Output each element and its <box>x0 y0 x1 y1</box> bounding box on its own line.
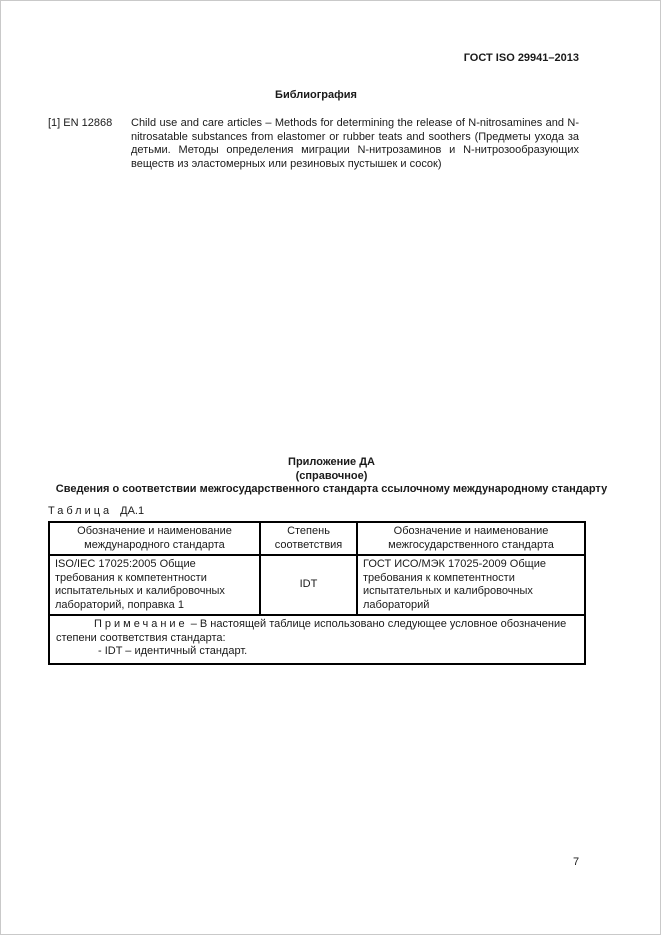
appendix-title: Приложение ДА <box>26 456 637 470</box>
table-header-interstate-standard: Обозначение и наименование межгосударств… <box>357 522 585 555</box>
table-row: ISO/IEC 17025:2005 Общие требования к ко… <box>49 555 585 615</box>
table-caption: ТаблицаДА.1 <box>48 505 144 519</box>
document-page: ГОСТ ISO 29941–2013 Библиография [1] EN … <box>0 0 661 935</box>
page-number: 7 <box>561 856 591 870</box>
table-caption-number: ДА.1 <box>120 505 144 517</box>
page-header-standard-number: ГОСТ ISO 29941–2013 <box>48 52 579 66</box>
cell-interstate-standard: ГОСТ ИСО/МЭК 17025-2009 Общие требования… <box>357 555 585 615</box>
cell-international-standard: ISO/IEC 17025:2005 Общие требования к ко… <box>49 555 260 615</box>
table-header-correspondence-degree: Степень соответствия <box>260 522 357 555</box>
cell-correspondence-degree: IDT <box>260 555 357 615</box>
reference-text: Child use and care articles – Methods fo… <box>131 117 579 171</box>
appendix-heading-block: Приложение ДА (справочное) Сведения о со… <box>26 456 637 497</box>
table-note: Примечание – В настоящей таблице использ… <box>49 615 585 664</box>
table-header-row: Обозначение и наименование международног… <box>49 522 585 555</box>
bibliography-title: Библиография <box>48 89 584 103</box>
bibliography-entry: [1] EN 12868 Child use and care articles… <box>48 117 579 171</box>
note-label: Примечание <box>94 618 188 630</box>
table-header-international-standard: Обозначение и наименование международног… <box>49 522 260 555</box>
appendix-heading: Сведения о соответствии межгосударственн… <box>26 483 637 497</box>
note-item: - IDT – идентичный стандарт. <box>56 645 578 659</box>
appendix-subtitle: (справочное) <box>26 470 637 484</box>
table-note-row: Примечание – В настоящей таблице использ… <box>49 615 585 664</box>
note-paragraph: Примечание – В настоящей таблице использ… <box>56 618 578 645</box>
correspondence-table: Обозначение и наименование международног… <box>48 521 586 665</box>
reference-label: [1] EN 12868 <box>48 117 131 171</box>
table-caption-word: Таблица <box>48 505 112 517</box>
